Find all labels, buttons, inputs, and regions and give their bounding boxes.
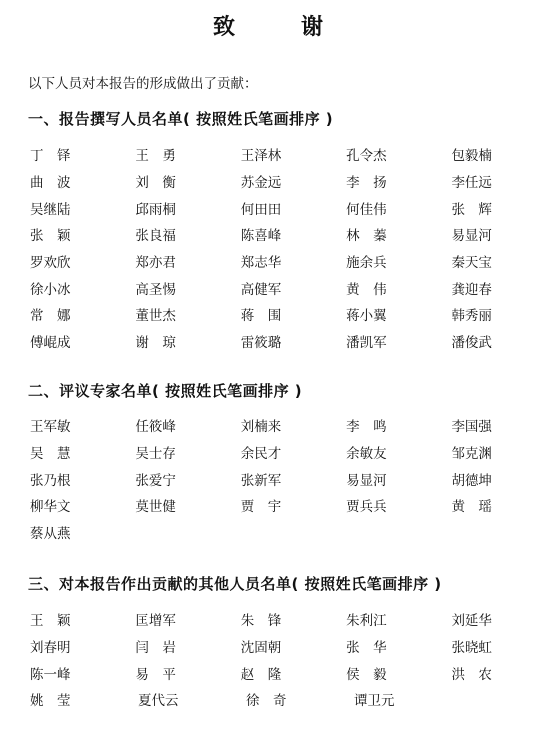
reviewers-name-list: 王军敏 任筱峰 刘楠来 李 鸣 李国强 吴 慧 吴士存 余民才 余敏友 邹克渊 … <box>30 412 510 545</box>
name-cell: 林 蓁 <box>346 224 451 244</box>
name-cell: 王 颖 <box>30 609 135 629</box>
name-cell: 张良福 <box>135 224 240 244</box>
name-cell: 姚 莹 <box>30 689 138 709</box>
name-row: 吴继陆 邱雨桐 何田田 何佳伟 张 辉 <box>30 194 510 221</box>
name-row: 陈一峰 易 平 赵 隆 侯 毅 洪 农 <box>30 659 510 686</box>
name-cell: 潘凯军 <box>346 331 451 351</box>
name-cell: 柳华文 <box>30 495 135 515</box>
name-cell: 苏金远 <box>241 171 346 191</box>
name-cell: 龚迎春 <box>451 278 510 298</box>
section-heading-authors: 一、报告撰写人员名单( 按照姓氏笔画排序 ) <box>28 108 333 129</box>
name-cell: 曲 波 <box>30 171 135 191</box>
name-cell: 韩秀丽 <box>451 304 510 324</box>
name-cell: 董世杰 <box>135 304 240 324</box>
name-cell: 任筱峰 <box>135 415 240 435</box>
name-row: 王 颖 匡增军 朱 锋 朱利江 刘延华 <box>30 606 510 633</box>
name-cell: 吴 慧 <box>30 442 135 462</box>
name-cell: 洪 农 <box>451 663 510 683</box>
name-cell: 吴士存 <box>135 442 240 462</box>
name-cell: 黄 瑶 <box>451 495 510 515</box>
other-contributors-name-list: 王 颖 匡增军 朱 锋 朱利江 刘延华 刘春明 闫 岩 沈固朝 张 华 张晓虹 … <box>30 606 510 713</box>
name-cell: 胡德坤 <box>451 469 510 489</box>
name-cell: 李任远 <box>451 171 510 191</box>
section-heading-reviewers: 二、评议专家名单( 按照姓氏笔画排序 ) <box>28 380 302 401</box>
name-cell: 郑志华 <box>241 251 346 271</box>
name-cell: 邹克渊 <box>451 442 510 462</box>
name-cell: 李国强 <box>451 415 510 435</box>
name-row: 曲 波 刘 衡 苏金远 李 扬 李任远 <box>30 168 510 195</box>
name-cell: 闫 岩 <box>135 636 240 656</box>
name-cell: 赵 隆 <box>241 663 346 683</box>
name-cell: 谭卫元 <box>354 689 462 709</box>
name-cell: 潘俊武 <box>451 331 510 351</box>
name-row: 柳华文 莫世健 贾 宇 贾兵兵 黄 瑶 <box>30 492 510 519</box>
name-cell: 王 勇 <box>135 144 240 164</box>
name-cell: 刘春明 <box>30 636 135 656</box>
name-cell: 蔡从燕 <box>30 522 138 542</box>
name-cell: 徐 奇 <box>246 689 354 709</box>
name-row: 常 娜 董世杰 蒋 围 蒋小翼 韩秀丽 <box>30 301 510 328</box>
name-cell: 朱利江 <box>346 609 451 629</box>
name-cell: 蒋小翼 <box>346 304 451 324</box>
name-cell: 张晓虹 <box>451 636 510 656</box>
name-cell: 张 辉 <box>451 198 510 218</box>
name-cell: 邱雨桐 <box>135 198 240 218</box>
name-cell: 朱 锋 <box>241 609 346 629</box>
name-row: 丁 铎 王 勇 王泽林 孔令杰 包毅楠 <box>30 141 510 168</box>
name-cell: 王泽林 <box>241 144 346 164</box>
name-cell: 张乃根 <box>30 469 135 489</box>
name-cell: 孔令杰 <box>346 144 451 164</box>
name-row: 刘春明 闫 岩 沈固朝 张 华 张晓虹 <box>30 633 510 660</box>
name-cell: 施余兵 <box>346 251 451 271</box>
name-cell: 张 颖 <box>30 224 135 244</box>
name-row: 罗欢欣 郑亦君 郑志华 施余兵 秦天宝 <box>30 248 510 275</box>
name-cell: 陈喜峰 <box>241 224 346 244</box>
name-cell: 莫世健 <box>135 495 240 515</box>
name-cell: 高圣惕 <box>135 278 240 298</box>
name-cell: 秦天宝 <box>451 251 510 271</box>
name-cell: 王军敏 <box>30 415 135 435</box>
name-cell: 易 平 <box>135 663 240 683</box>
name-cell: 刘 衡 <box>135 171 240 191</box>
page-title: 致 谢 <box>0 10 536 41</box>
name-cell: 丁 铎 <box>30 144 135 164</box>
name-row: 张乃根 张爱宁 张新军 易显河 胡德坤 <box>30 465 510 492</box>
name-cell: 夏代云 <box>138 689 246 709</box>
name-cell: 谢 琼 <box>135 331 240 351</box>
name-cell: 李 鸣 <box>346 415 451 435</box>
authors-name-list: 丁 铎 王 勇 王泽林 孔令杰 包毅楠 曲 波 刘 衡 苏金远 李 扬 李任远 … <box>30 141 510 355</box>
name-cell: 何田田 <box>241 198 346 218</box>
name-cell: 包毅楠 <box>451 144 510 164</box>
name-cell: 黄 伟 <box>346 278 451 298</box>
name-row: 姚 莹 夏代云 徐 奇 谭卫元 <box>30 686 510 713</box>
name-cell: 徐小冰 <box>30 278 135 298</box>
intro-text: 以下人员对本报告的形成做出了贡献： <box>28 72 258 92</box>
name-cell: 余敏友 <box>346 442 451 462</box>
name-cell: 郑亦君 <box>135 251 240 271</box>
name-row: 蔡从燕 <box>30 519 510 546</box>
name-cell: 刘楠来 <box>241 415 346 435</box>
name-cell: 余民才 <box>241 442 346 462</box>
name-cell: 雷筱璐 <box>241 331 346 351</box>
name-cell: 张爱宁 <box>135 469 240 489</box>
name-cell: 李 扬 <box>346 171 451 191</box>
name-cell: 匡增军 <box>135 609 240 629</box>
name-cell: 傅崐成 <box>30 331 135 351</box>
name-cell: 何佳伟 <box>346 198 451 218</box>
name-cell: 高健军 <box>241 278 346 298</box>
name-cell: 贾兵兵 <box>346 495 451 515</box>
name-row: 张 颖 张良福 陈喜峰 林 蓁 易显河 <box>30 221 510 248</box>
name-row: 徐小冰 高圣惕 高健军 黄 伟 龚迎春 <box>30 274 510 301</box>
name-cell: 吴继陆 <box>30 198 135 218</box>
name-cell: 侯 毅 <box>346 663 451 683</box>
section-heading-other-contributors: 三、对本报告作出贡献的其他人员名单( 按照姓氏笔画排序 ) <box>28 573 442 594</box>
name-row: 吴 慧 吴士存 余民才 余敏友 邹克渊 <box>30 439 510 466</box>
name-cell: 易显河 <box>451 224 510 244</box>
name-cell: 易显河 <box>346 469 451 489</box>
name-cell: 陈一峰 <box>30 663 135 683</box>
name-cell: 沈固朝 <box>241 636 346 656</box>
name-cell: 刘延华 <box>451 609 510 629</box>
name-cell: 罗欢欣 <box>30 251 135 271</box>
name-cell: 张新军 <box>241 469 346 489</box>
name-cell: 常 娜 <box>30 304 135 324</box>
name-cell: 贾 宇 <box>241 495 346 515</box>
name-cell: 蒋 围 <box>241 304 346 324</box>
name-row: 傅崐成 谢 琼 雷筱璐 潘凯军 潘俊武 <box>30 328 510 355</box>
name-cell: 张 华 <box>346 636 451 656</box>
name-row: 王军敏 任筱峰 刘楠来 李 鸣 李国强 <box>30 412 510 439</box>
